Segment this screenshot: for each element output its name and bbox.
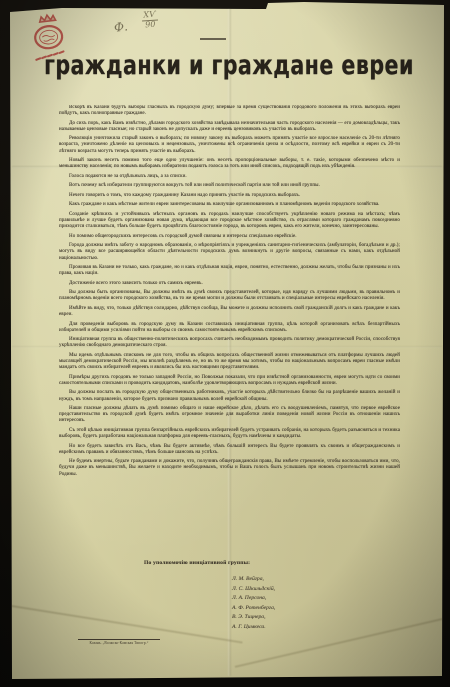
poster-title: гражданки и граждане евреи xyxy=(36,49,423,80)
signatories: Л. М. Вейгра,Л. С. Шкильдскій,Л. А. Перс… xyxy=(232,575,275,633)
poster-paragraph: До сихъ поръ, какъ Вамъ извѣстно, дѣлами… xyxy=(59,121,400,133)
printer-imprint: Казань. „Волжско-Камская Типогр.“ xyxy=(78,639,160,645)
signatory-name: Л. С. Шкильдскій, xyxy=(232,585,275,595)
poster-paragraph: Не будемъ инертны, будьте гражданами и д… xyxy=(59,459,400,477)
poster-paragraph: Но все будетъ зависѣть отъ Васъ, чѣмъ Вы… xyxy=(59,444,400,456)
closing-heading: По уполномочію иниціативной группы: xyxy=(144,560,250,566)
poster-paragraph: Для проведенія выборовъ въ городскую дум… xyxy=(59,322,400,334)
poster-paragraph: Новый законъ несетъ помимо того еще одно… xyxy=(59,158,400,170)
poster-paragraph: Примѣры другихъ городовъ не только запад… xyxy=(59,375,400,387)
poster-paragraph: Иниціативная группа въ общественно-полит… xyxy=(59,337,400,349)
poster-paragraph: Вы должны быть организованы, Вы должны и… xyxy=(59,290,400,302)
poster-paragraph: Созданіе крѣпкихъ и устойчивыхъ мѣстныхъ… xyxy=(59,212,400,230)
pencil-fraction-denominator: 90 xyxy=(145,20,156,30)
poster-paragraph: Революція уничтожила старый законъ о выб… xyxy=(59,136,400,154)
diagonal-crease xyxy=(0,602,243,643)
title-rule xyxy=(200,38,226,40)
signatory-name: Л. М. Вейгра, xyxy=(232,575,275,585)
poster-paragraph: Наши гласные должны дѣлать въ думѣ помим… xyxy=(59,406,400,424)
pencil-code-mark: Ф. xyxy=(113,19,128,34)
poster-body: Вскорѣ въ Казани будутъ выборы гласныхъ … xyxy=(59,105,400,551)
poster-paragraph: Нечего говорить о томъ, что каждому граж… xyxy=(59,193,400,199)
pencil-fraction-numerator: ХѴ xyxy=(143,10,156,20)
poster-paragraph: Но помимо общегородскихъ интересовъ съ г… xyxy=(59,234,400,240)
signatory-name: А. Г. Цимкеса. xyxy=(232,623,275,633)
poster-paper: Ф. ХѴ 90 гражданки и граждане евреи Вско… xyxy=(4,0,448,684)
poster-paragraph: Проживая въ Казани не только, какъ гражд… xyxy=(59,265,400,277)
poster-paragraph: Съ этой цѣлью иниціативная группа безпар… xyxy=(59,428,400,440)
poster-paragraph: Достиженіе всего этого зависитъ только о… xyxy=(59,281,400,287)
poster-paragraph: Вы должны послать въ городскую думу обще… xyxy=(59,390,400,402)
poster-paragraph: Мы идемъ отдѣльнымъ спискомъ не для того… xyxy=(59,353,400,371)
poster-paragraph: Города должны имѣть заботу о народномъ о… xyxy=(59,243,400,261)
poster-paragraph: Вскорѣ въ Казани будутъ выборы гласныхъ … xyxy=(59,105,400,117)
poster-paragraph: Имѣйте въ виду, что, только дѣйствуя сол… xyxy=(59,306,400,318)
poster-photograph: Ф. ХѴ 90 гражданки и граждане евреи Вско… xyxy=(0,0,450,687)
poster-paragraph: Голоса подаются не за отдѣльныхъ лицъ, а… xyxy=(59,174,400,180)
pencil-fraction-mark: ХѴ 90 xyxy=(141,10,158,29)
poster-paragraph: Вотъ почему всѣ избиратели группируются … xyxy=(59,183,400,189)
signatory-name: А. Ф. Ротенберга, xyxy=(232,604,275,614)
signatory-name: Л. А. Персона, xyxy=(232,594,275,604)
poster-paragraph: Какъ граждане и какъ мѣстные жители евре… xyxy=(59,202,400,208)
signatory-name: В. Э. Тицнера, xyxy=(232,613,275,623)
